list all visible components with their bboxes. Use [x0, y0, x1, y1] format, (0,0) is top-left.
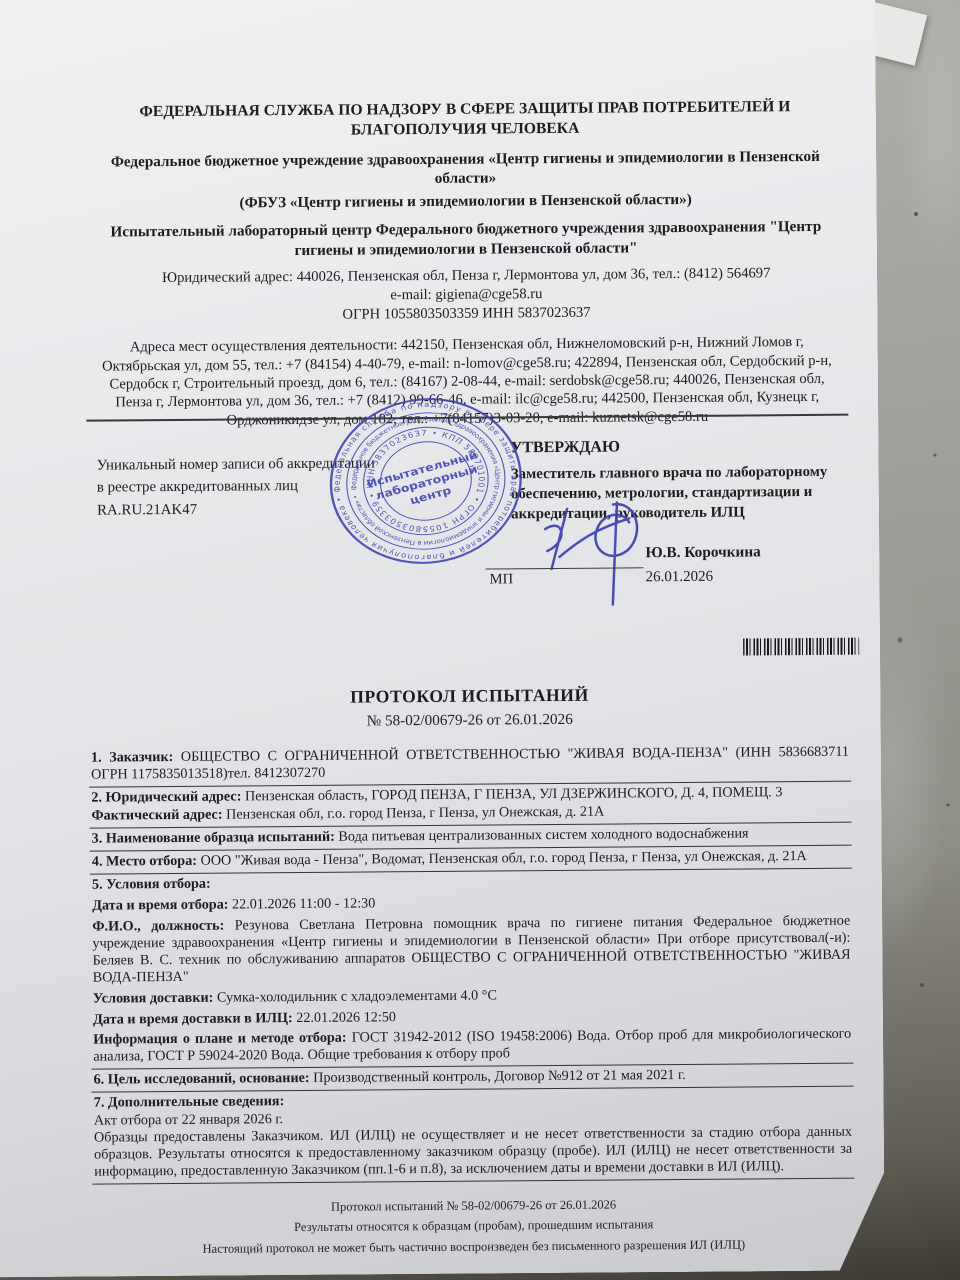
section-customer-value: ОБЩЕСТВО С ОГРАНИЧЕННОЙ ОТВЕТСТВЕННОСТЬЮ… — [91, 744, 849, 783]
sampling-conditions-label: 5. Условия отбора: — [92, 871, 850, 894]
legal-address-label: 2. Юридический адрес: — [91, 789, 241, 806]
sampling-datetime-label: Дата и время отбора: — [92, 896, 228, 913]
sample-name-label: 3. Наименование образца испытаний: — [92, 829, 335, 847]
protocol-title: ПРОТОКОЛ ИСПЫТАНИЙ — [88, 683, 850, 710]
sampling-method-row: Информация о плане и методе отбора: ГОСТ… — [91, 1026, 853, 1070]
legal-address-value: Пензенская область, ГОРОД ПЕНЗА, Г ПЕНЗА… — [245, 785, 783, 805]
protocol-sections: 1. Заказчик: ОБЩЕСТВО С ОГРАНИЧЕННОЙ ОТВ… — [89, 742, 854, 1185]
actual-address-label: Фактический адрес: — [91, 806, 222, 823]
delivery-conditions-label: Условия доставки: — [93, 990, 214, 1007]
sampling-place-label: 4. Место отбора: — [92, 853, 197, 870]
delivery-conditions-value: Сумка-холодильник с хладоэлементами 4.0 … — [217, 987, 497, 1005]
protocol-number: № 58-02/00679-26 от 26.01.2026 — [89, 709, 851, 733]
agency-name: ФЕДЕРАЛЬНАЯ СЛУЖБА ПО НАДЗОРУ В СФЕРЕ ЗА… — [84, 97, 846, 144]
ogrn-inn-line: ОГРН 1055803503359 ИНН 5837023637 — [85, 303, 847, 326]
actual-address-value: Пензенская обл, г.о. город Пенза, г Пенз… — [226, 803, 604, 822]
approval-date: 26.01.2026 — [646, 569, 714, 587]
approval-title: УТВЕРЖДАЮ — [511, 435, 851, 459]
document-page: ФЕДЕРАЛЬНАЯ СЛУЖБА ПО НАДЗОРУ В СФЕРЕ ЗА… — [0, 0, 885, 1278]
organization-name: Федеральное бюджетное учреждение здравоо… — [100, 146, 830, 191]
sampling-datetime-row: Дата и время отбора: 22.01.2026 11:00 - … — [92, 892, 850, 915]
section-additional-info: 7. Дополнительные сведения: Акт отбора о… — [92, 1087, 855, 1185]
sampler-row: Ф.И.О., должность: Резунова Светлана Пет… — [92, 912, 851, 987]
section-addresses: 2. Юридический адрес: Пензенская область… — [89, 782, 851, 828]
organization-short-name: (ФБУЗ «Центр гигиены и эпидемиологии в П… — [85, 190, 847, 214]
delivery-conditions-row: Условия доставки: Сумка-холодильник с хл… — [93, 985, 851, 1008]
disclaimer-text: Образцы предоставлены Заказчиком. ИЛ (ИЛ… — [94, 1124, 852, 1182]
document-header: ФЕДЕРАЛЬНАЯ СЛУЖБА ПО НАДЗОРУ В СФЕРЕ ЗА… — [84, 97, 849, 431]
sampling-datetime-value: 22.01.2026 11:00 - 12:30 — [232, 895, 375, 912]
barcode — [743, 638, 859, 656]
purpose-value: Производственный контроль, Договор №912 … — [313, 1067, 686, 1086]
delivery-datetime-label: Дата и время доставки в ИЛЦ: — [93, 1010, 293, 1028]
laboratory-name: Испытательный лабораторный центр Федерал… — [96, 217, 836, 262]
round-stamp: Федеральная служба по надзору в сфере за… — [317, 384, 535, 578]
page-footer: Протокол испытаний № 58-02/00679-26 от 2… — [92, 1193, 854, 1260]
delivery-datetime-row: Дата и время доставки в ИЛЦ: 22.01.2026 … — [93, 1005, 851, 1028]
section-customer: 1. Заказчик: ОБЩЕСТВО С ОГРАНИЧЕННОЙ ОТВ… — [89, 742, 851, 788]
sampling-method-label: Информация о плане и методе отбора: — [93, 1029, 347, 1047]
photo-background: ФЕДЕРАЛЬНАЯ СЛУЖБА ПО НАДЗОРУ В СФЕРЕ ЗА… — [0, 0, 960, 1280]
sampler-label: Ф.И.О., должность: — [92, 917, 224, 934]
sample-name-value: Вода питьевая централизованных систем хо… — [338, 825, 748, 844]
section-customer-label: 1. Заказчик: — [91, 749, 173, 766]
document-content: ФЕДЕРАЛЬНАЯ СЛУЖБА ПО НАДЗОРУ В СФЕРЕ ЗА… — [83, 0, 855, 1265]
approver-name: Ю.В. Корочкина — [645, 543, 760, 562]
stamp-place-label: МП — [490, 571, 514, 588]
section-sampling-conditions: 5. Условия отбора: Дата и время отбора: … — [90, 869, 853, 1032]
purpose-label: 6. Цель исследований, основание: — [93, 1070, 309, 1088]
delivery-datetime-value: 22.01.2026 12:50 — [296, 1009, 396, 1026]
sampling-place-value: ООО "Живая вода - Пенза", Водомат, Пензе… — [200, 848, 806, 869]
